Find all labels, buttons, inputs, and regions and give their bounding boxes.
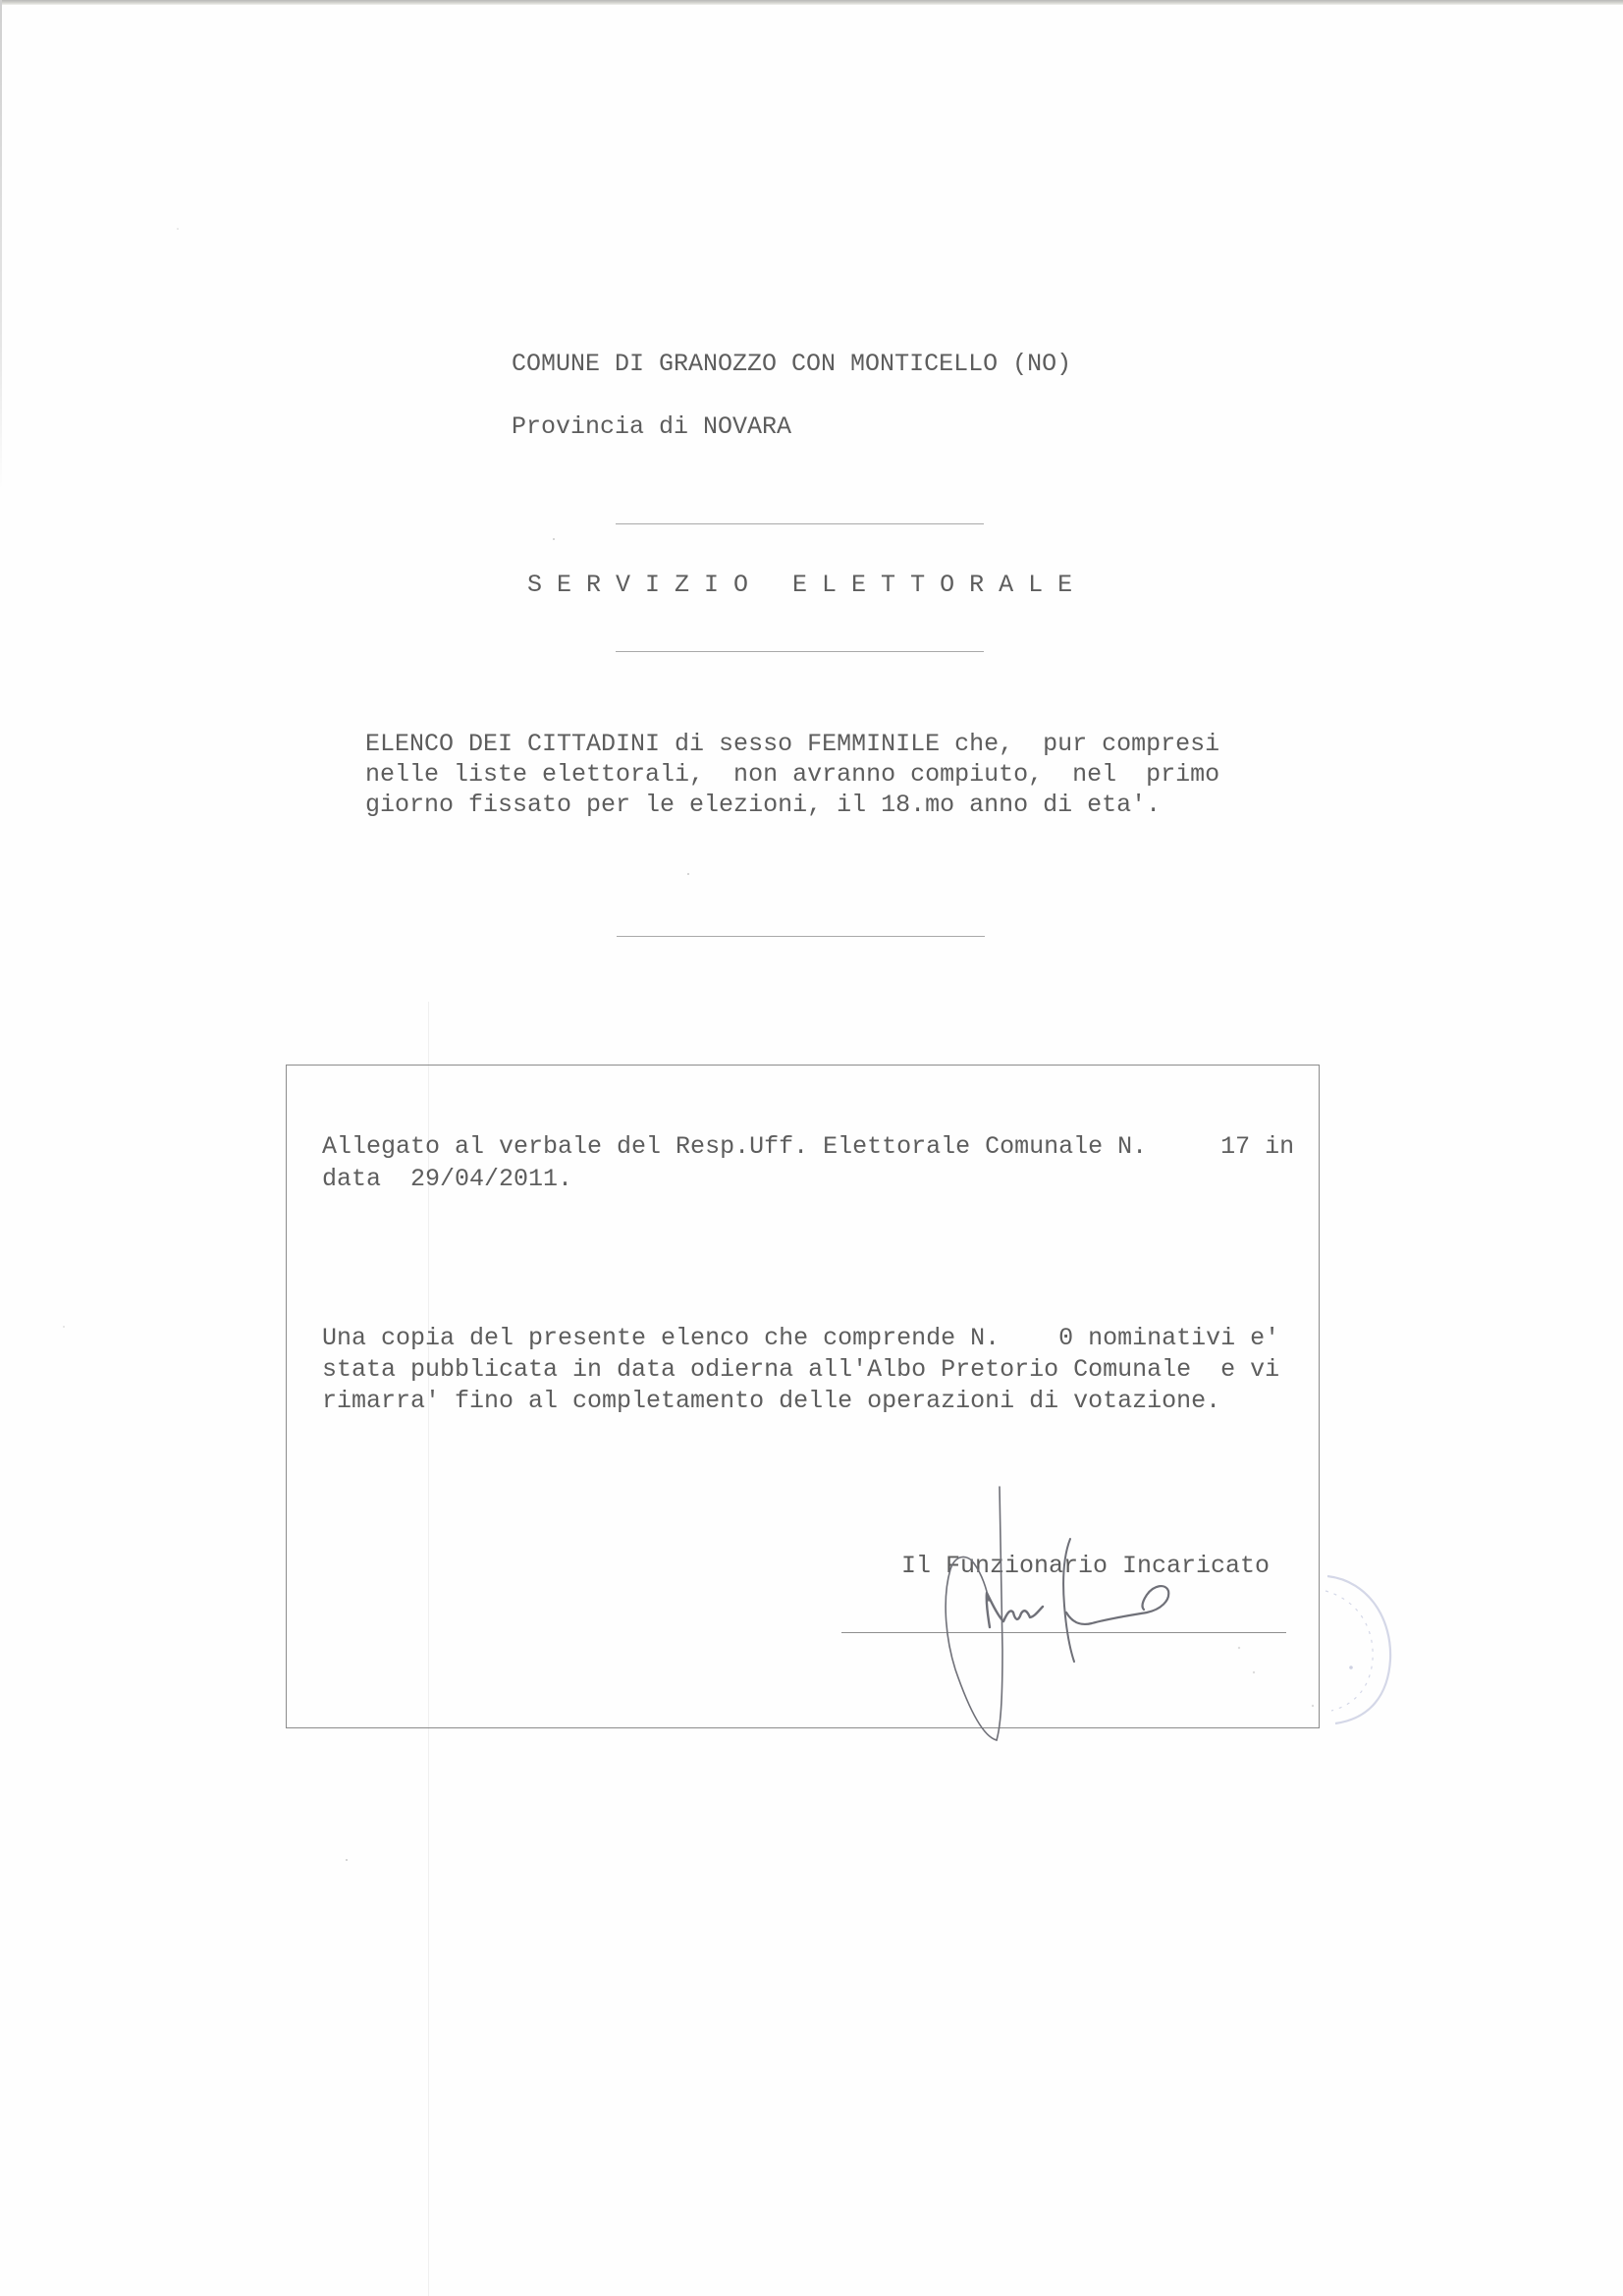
divider-bottom: [617, 936, 985, 937]
scan-speck: [177, 228, 179, 230]
description-line: ELENCO DEI CITTADINI di sesso FEMMINILE …: [365, 729, 1219, 759]
description-line: nelle liste elettorali, non avranno comp…: [365, 759, 1219, 790]
scan-edge-top: [0, 0, 1623, 5]
scan-edge-left: [0, 0, 2, 491]
signature-line: [841, 1632, 1286, 1633]
attachment-line: Allegato al verbale del Resp.Uff. Eletto…: [322, 1131, 1294, 1162]
document-page: COMUNE DI GRANOZZO CON MONTICELLO (NO) P…: [0, 0, 1623, 2296]
publication-line: rimarra' fino al completamento delle ope…: [322, 1386, 1220, 1416]
service-title: S E R V I Z I O E L E T T O R A L E: [527, 570, 1072, 600]
publication-line: stata pubblicata in data odierna all'Alb…: [322, 1354, 1279, 1385]
scan-speck: [553, 538, 555, 540]
attachment-line: data 29/04/2011.: [322, 1164, 572, 1194]
scan-speck: [63, 1326, 65, 1328]
divider-middle: [616, 651, 984, 652]
publication-line: Una copia del presente elenco che compre…: [322, 1323, 1279, 1353]
scan-speck: [687, 873, 689, 875]
description-line: giorno fissato per le elezioni, il 18.mo…: [365, 790, 1161, 820]
divider-top: [616, 523, 984, 524]
scan-speck: [346, 1859, 348, 1861]
signatory-label: Il Funzionario Incaricato: [901, 1551, 1270, 1581]
municipality-heading: COMUNE DI GRANOZZO CON MONTICELLO (NO): [512, 349, 1071, 379]
province-heading: Provincia di NOVARA: [512, 411, 791, 442]
